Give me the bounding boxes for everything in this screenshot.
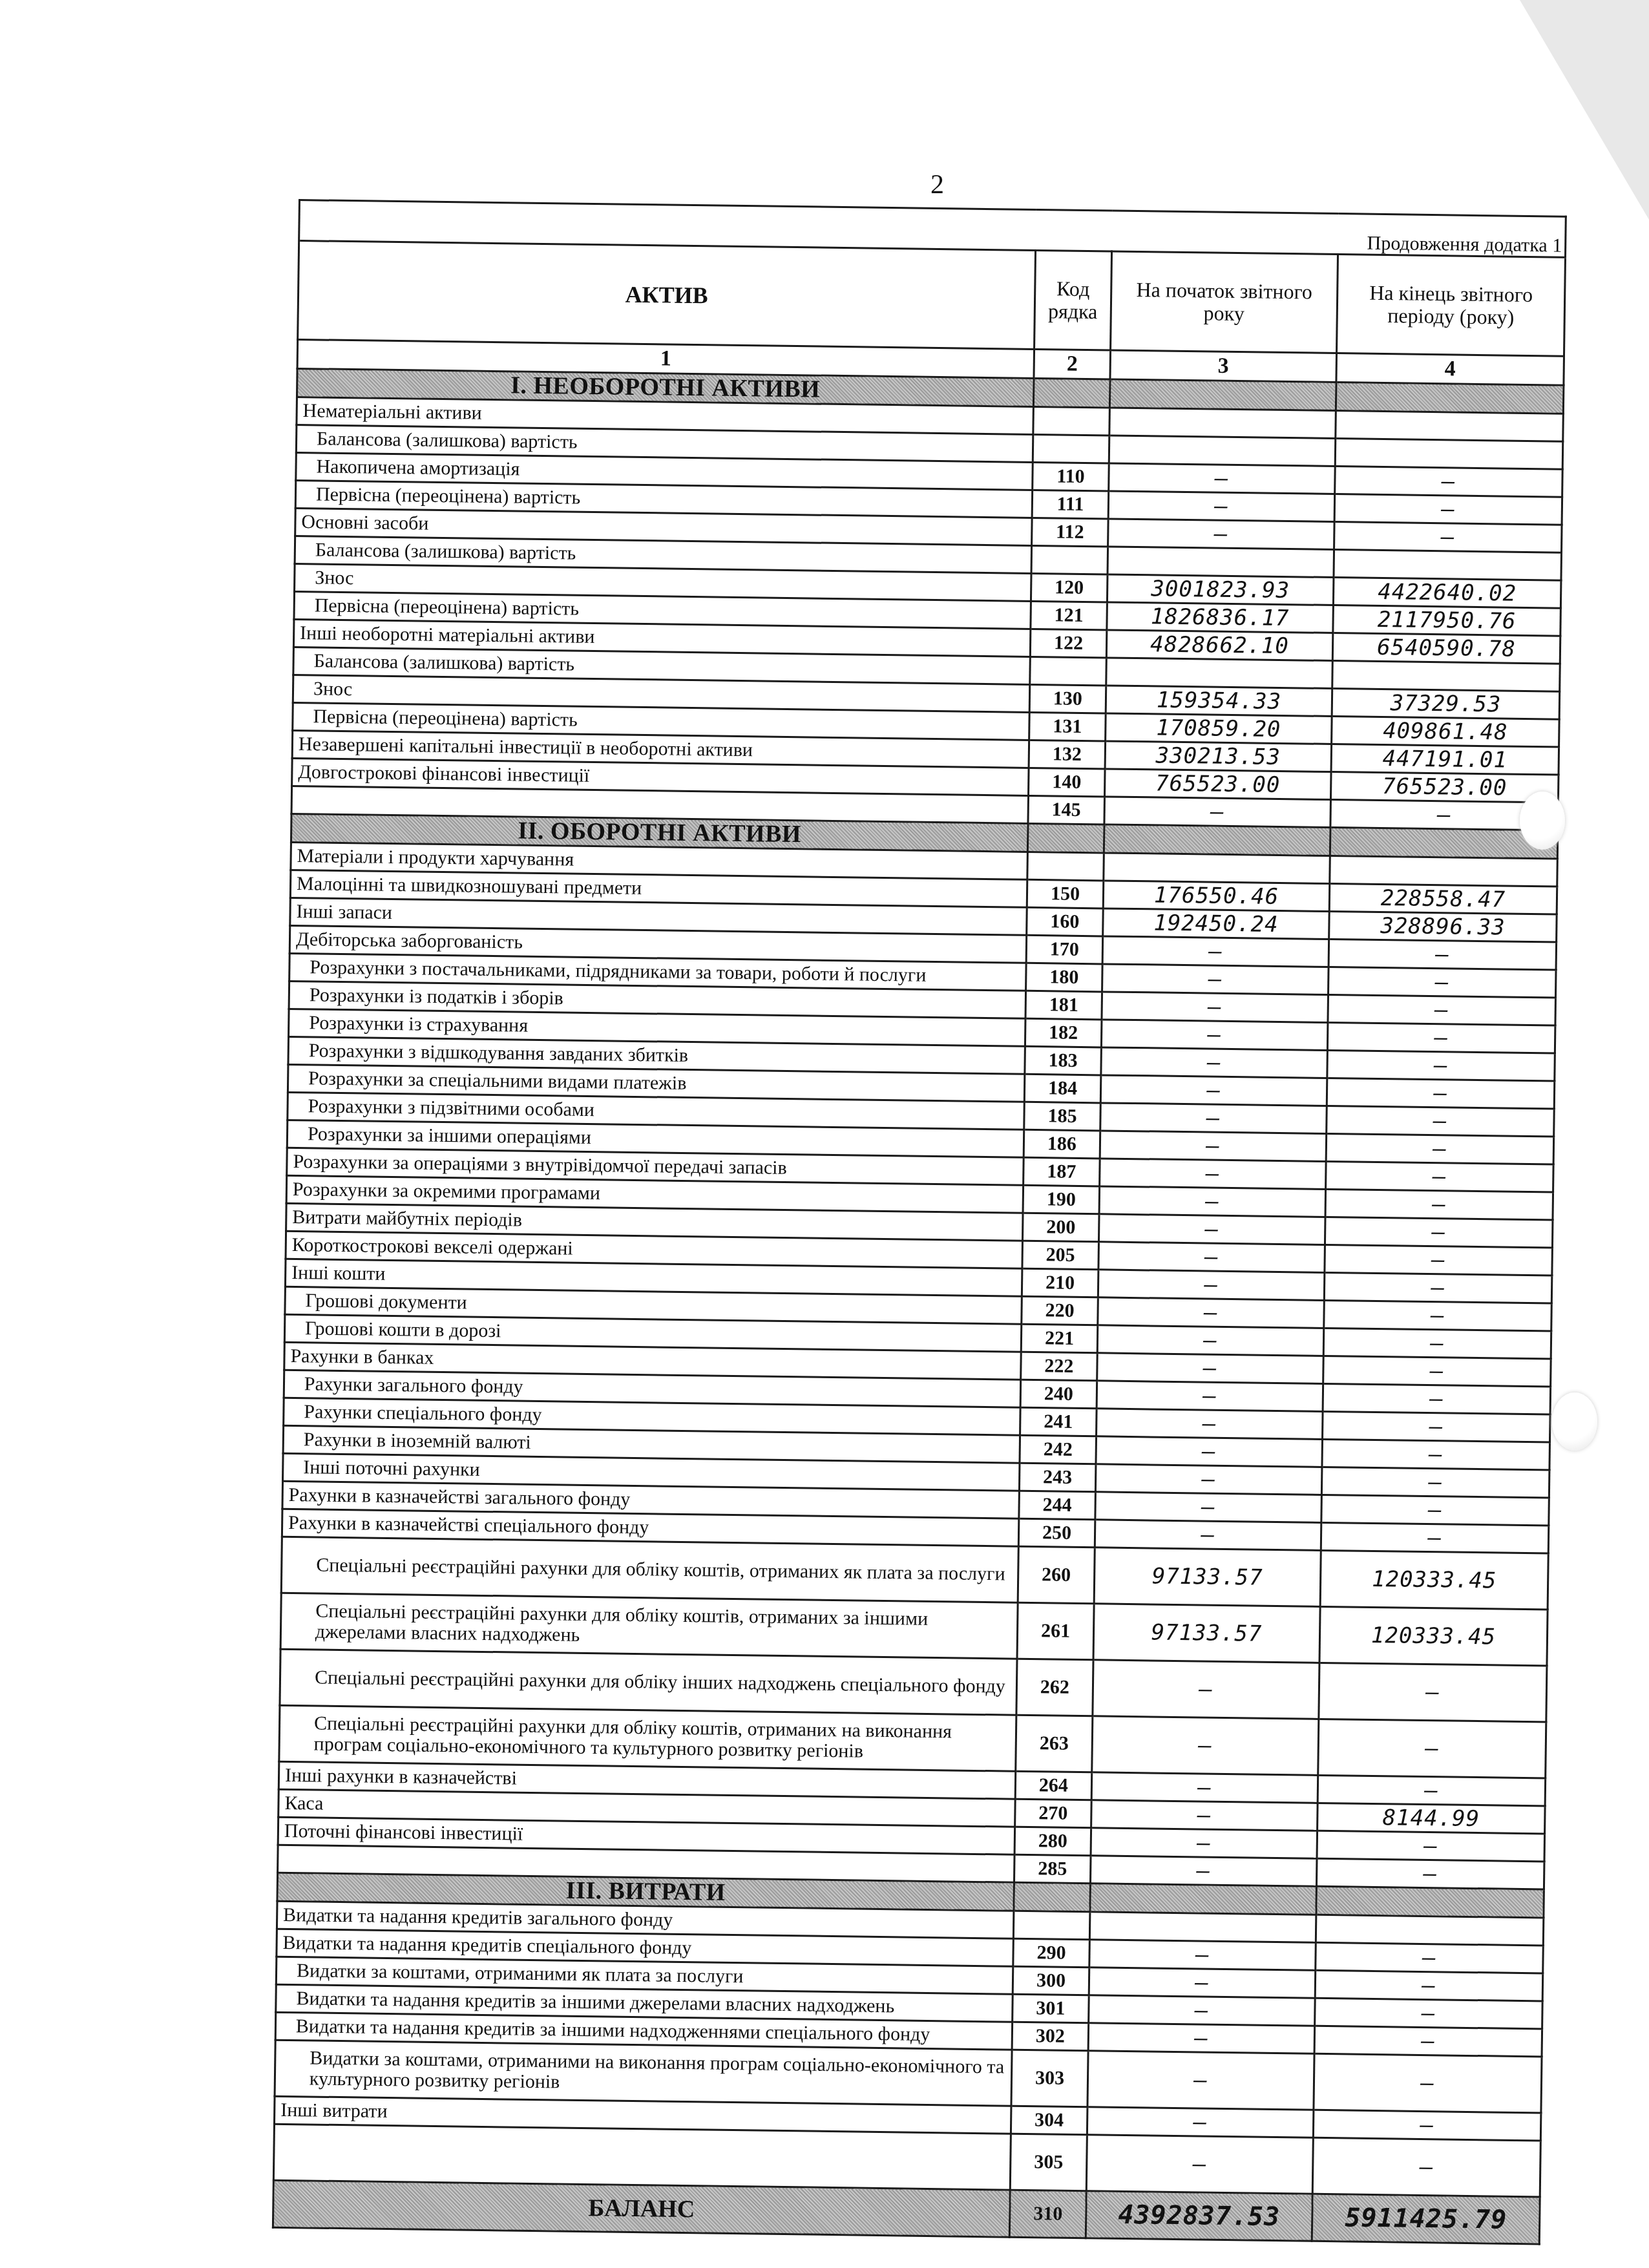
end-of-period-value (1334, 550, 1562, 581)
row-code: 222 (1021, 1352, 1098, 1381)
row-code: 184 (1024, 1074, 1101, 1103)
end-of-period-value: — (1326, 1162, 1554, 1193)
end-of-period-value: — (1313, 2110, 1541, 2141)
row-code: 285 (1014, 1854, 1091, 1884)
row-code: 145 (1028, 795, 1105, 824)
start-of-year-value: — (1093, 1660, 1319, 1719)
row-code: 120 (1031, 573, 1108, 602)
start-of-year-value: — (1091, 1800, 1318, 1831)
start-of-year-value: — (1095, 1464, 1322, 1495)
balance-sheet: Продовження додатка 1 АКТИВ Код рядка На… (272, 199, 1565, 2245)
end-of-period-value: 447191.01 (1331, 744, 1559, 775)
table-body: I. НЕОБОРОТНІ АКТИВИНематеріальні активи… (273, 368, 1564, 2197)
end-of-period-value: — (1327, 1051, 1555, 1082)
start-of-year-value: — (1104, 797, 1331, 828)
end-of-period-value (1332, 661, 1560, 692)
end-of-period-value: — (1321, 1522, 1549, 1553)
section-shaded-cell (1316, 1886, 1544, 1918)
start-of-year-value: 97133.57 (1093, 1604, 1320, 1663)
end-of-period-value: — (1325, 1190, 1553, 1221)
end-of-period-value (1330, 856, 1558, 887)
end-of-period-value: — (1323, 1328, 1551, 1359)
end-of-period-value: 409861.48 (1332, 717, 1560, 748)
row-code: 290 (1013, 1938, 1090, 1968)
end-of-period-value: — (1315, 1998, 1543, 2029)
row-code: 160 (1027, 907, 1104, 936)
row-code: 305 (1010, 2134, 1087, 2191)
row-code: 132 (1029, 740, 1106, 769)
start-of-year-value: — (1098, 1242, 1325, 1273)
end-of-period-value: — (1321, 1467, 1549, 1498)
end-of-period-value: 2117950.76 (1333, 605, 1561, 636)
start-of-year-value: — (1089, 1940, 1316, 1971)
end-of-period-value: 120333.45 (1319, 1606, 1548, 1666)
row-code: 243 (1019, 1463, 1096, 1492)
row-code: 190 (1023, 1185, 1100, 1214)
start-of-year-value: — (1109, 463, 1336, 494)
row-code (1033, 434, 1109, 463)
row-code: 304 (1011, 2106, 1087, 2135)
start-of-year-value: — (1086, 2135, 1313, 2194)
row-code: 140 (1029, 768, 1106, 797)
end-of-period-value: — (1324, 1272, 1552, 1303)
start-of-year-value: 3001823.93 (1107, 574, 1334, 605)
end-of-period-value: — (1319, 1663, 1547, 1722)
end-of-period-value: 765523.00 (1330, 772, 1559, 803)
start-of-year-value: — (1100, 1159, 1327, 1190)
end-of-period-value: — (1327, 1078, 1555, 1109)
end-of-period-value: — (1334, 494, 1562, 525)
row-code: 205 (1022, 1241, 1099, 1270)
start-of-year-value: — (1090, 1856, 1317, 1887)
start-of-year-value: — (1095, 1520, 1321, 1551)
row-code: 170 (1026, 935, 1103, 964)
row-code: 121 (1031, 601, 1108, 630)
end-of-period-value: — (1318, 1775, 1546, 1806)
row-label: Спеціальні реєстраційні рахунки для облі… (280, 1593, 1018, 1659)
row-label: Спеціальні реєстраційні рахунки для облі… (281, 1537, 1018, 1602)
row-code: 150 (1027, 879, 1104, 908)
row-code: 186 (1024, 1129, 1100, 1159)
start-of-year-value: — (1108, 519, 1335, 550)
column-number-3: 3 (1110, 350, 1337, 383)
row-code: 220 (1022, 1296, 1098, 1325)
start-of-year-value (1104, 853, 1330, 884)
row-code: 300 (1013, 1966, 1089, 1995)
end-of-period-value: — (1324, 1300, 1552, 1331)
start-of-year-value: — (1087, 2107, 1314, 2138)
row-code: 185 (1024, 1102, 1101, 1131)
row-code: 210 (1022, 1268, 1098, 1297)
balance-code: 310 (1009, 2190, 1086, 2238)
end-of-period-value: 228558.47 (1329, 884, 1557, 915)
end-of-period-value: — (1329, 940, 1557, 971)
start-of-year-value: — (1089, 1968, 1316, 1999)
row-code: 131 (1029, 712, 1106, 741)
row-code: 182 (1025, 1018, 1102, 1047)
start-of-year-value: 176550.46 (1103, 881, 1330, 912)
start-of-year-value: — (1098, 1297, 1325, 1328)
end-of-period-value (1335, 439, 1563, 470)
row-code: 244 (1019, 1491, 1096, 1520)
end-of-period-value: — (1334, 522, 1562, 553)
section-shaded-cell (1027, 823, 1104, 853)
end-of-period-value: — (1316, 1858, 1544, 1889)
end-of-period-value: — (1312, 2137, 1540, 2197)
section-shaded-cell (1014, 1882, 1091, 1912)
start-of-year-value: — (1101, 1020, 1328, 1051)
header-asset: АКТИВ (298, 241, 1036, 350)
header-row-code: Код рядка (1035, 250, 1112, 350)
end-of-period-value: — (1328, 995, 1556, 1026)
start-of-year-value: — (1092, 1716, 1319, 1776)
page-corner-fold (1520, 0, 1649, 220)
row-code: 264 (1015, 1771, 1092, 1800)
start-of-year-value: — (1098, 1270, 1325, 1301)
header-end-of-period: На кінець звітного періоду (року) (1337, 255, 1566, 357)
row-code: 263 (1016, 1715, 1093, 1772)
end-of-period-value: 328896.33 (1329, 912, 1557, 943)
end-of-period-value: — (1325, 1217, 1553, 1248)
row-code: 260 (1018, 1546, 1095, 1604)
start-of-year-value: — (1095, 1492, 1322, 1523)
row-code: 241 (1020, 1407, 1097, 1436)
column-number-4: 4 (1336, 353, 1564, 386)
balance-end-value: 5911425.79 (1312, 2194, 1540, 2244)
row-code: 242 (1020, 1435, 1097, 1464)
end-of-period-value: — (1318, 1719, 1546, 1778)
end-of-period-value: 120333.45 (1320, 1550, 1548, 1610)
start-of-year-value: — (1097, 1381, 1323, 1412)
row-code (1030, 656, 1107, 686)
section-shaded-cell (1104, 824, 1330, 856)
start-of-year-value: 765523.00 (1104, 769, 1331, 800)
end-of-period-value (1316, 1915, 1544, 1946)
end-of-period-value: 8144.99 (1318, 1803, 1546, 1834)
start-of-year-value: — (1098, 1214, 1325, 1245)
page-number: 2 (930, 169, 944, 200)
start-of-year-value: — (1087, 2051, 1314, 2110)
start-of-year-value: — (1101, 1047, 1328, 1078)
row-code (1013, 1911, 1090, 1940)
start-of-year-value: — (1088, 2023, 1315, 2054)
column-number-2: 2 (1034, 349, 1111, 379)
row-code (1031, 545, 1108, 574)
row-code: 110 (1033, 462, 1109, 491)
end-of-period-value: 4422640.02 (1333, 578, 1561, 609)
start-of-year-value: 97133.57 (1094, 1548, 1321, 1607)
start-of-year-value (1106, 658, 1333, 689)
row-code: 301 (1013, 1994, 1089, 2023)
end-of-period-value: — (1325, 1244, 1553, 1276)
start-of-year-value: 159354.33 (1106, 686, 1332, 717)
end-of-period-value: 6540590.78 (1332, 633, 1560, 664)
start-of-year-value (1089, 1912, 1316, 1943)
row-code: 187 (1024, 1157, 1100, 1186)
start-of-year-value: 170859.20 (1106, 713, 1332, 744)
end-of-period-value: 37329.53 (1332, 689, 1560, 720)
end-of-period-value: — (1323, 1411, 1551, 1442)
section-shaded-cell (1033, 378, 1110, 408)
assets-table: Продовження додатка 1 АКТИВ Код рядка На… (272, 199, 1567, 2245)
row-label: Спеціальні реєстраційні рахунки для облі… (280, 1649, 1017, 1715)
start-of-year-value: — (1108, 491, 1335, 522)
start-of-year-value: — (1089, 1995, 1316, 2026)
section-shaded-cell (1336, 383, 1564, 414)
end-of-period-value: — (1321, 1495, 1549, 1526)
balance-title: БАЛАНС (273, 2180, 1010, 2237)
end-of-period-value: — (1335, 467, 1563, 498)
start-of-year-value: — (1100, 1131, 1327, 1162)
end-of-period-value: — (1315, 1970, 1543, 2001)
row-code: 250 (1018, 1518, 1095, 1548)
start-of-year-value: 4828662.10 (1106, 630, 1333, 661)
row-code (1027, 852, 1104, 881)
start-of-year-value (1109, 408, 1336, 439)
punch-hole-top (1520, 792, 1565, 850)
section-shaded-cell (1090, 1884, 1317, 1915)
start-of-year-value: — (1091, 1828, 1318, 1859)
row-code: 280 (1014, 1827, 1091, 1856)
end-of-period-value: — (1316, 1942, 1544, 1973)
punch-hole-bottom (1552, 1392, 1597, 1451)
balance-start-value: 4392837.53 (1086, 2191, 1312, 2242)
start-of-year-value (1109, 436, 1336, 467)
row-code: 122 (1030, 629, 1107, 658)
end-of-period-value: — (1327, 1023, 1555, 1054)
row-code: 200 (1022, 1213, 1099, 1242)
end-of-period-value: — (1317, 1831, 1545, 1862)
end-of-period-value: — (1314, 2053, 1542, 2113)
row-code: 240 (1020, 1380, 1097, 1409)
end-of-period-value: — (1323, 1356, 1551, 1387)
section-shaded-cell (1109, 379, 1336, 411)
end-of-period-value: — (1327, 1106, 1555, 1137)
start-of-year-value: — (1100, 1075, 1327, 1106)
row-code: 183 (1025, 1046, 1102, 1075)
row-code (1033, 406, 1110, 436)
row-code: 111 (1032, 490, 1109, 519)
start-of-year-value: 192450.24 (1103, 908, 1330, 940)
row-label: Спеціальні реєстраційні рахунки для облі… (279, 1705, 1016, 1771)
row-code: 112 (1032, 518, 1109, 547)
start-of-year-value: — (1097, 1409, 1323, 1440)
row-label (273, 2124, 1011, 2190)
row-label: Видатки за коштами, отриманими на викона… (275, 2040, 1012, 2106)
row-code: 303 (1011, 2050, 1088, 2107)
end-of-period-value: — (1329, 967, 1557, 998)
start-of-year-value: — (1091, 1772, 1318, 1803)
start-of-year-value: — (1097, 1353, 1324, 1384)
start-of-year-value: — (1102, 964, 1329, 995)
start-of-year-value: — (1102, 936, 1329, 967)
row-code: 181 (1025, 991, 1102, 1020)
start-of-year-value: 1826836.17 (1107, 602, 1334, 633)
start-of-year-value (1108, 547, 1334, 578)
start-of-year-value: — (1097, 1325, 1324, 1356)
end-of-period-value: — (1314, 2026, 1542, 2057)
row-code: 302 (1012, 2022, 1089, 2051)
start-of-year-value: 330213.53 (1105, 741, 1332, 772)
row-code: 221 (1021, 1324, 1098, 1353)
row-code: 130 (1029, 684, 1106, 713)
start-of-year-value: — (1102, 992, 1329, 1023)
start-of-year-value: — (1099, 1186, 1326, 1217)
start-of-year-value: — (1096, 1436, 1323, 1467)
end-of-period-value: — (1322, 1439, 1550, 1470)
end-of-period-value (1336, 411, 1564, 442)
end-of-period-value: — (1323, 1383, 1551, 1414)
header-start-of-year: На початок звітного року (1111, 251, 1338, 353)
row-code: 180 (1026, 963, 1103, 992)
row-code: 262 (1016, 1659, 1093, 1716)
start-of-year-value: — (1100, 1103, 1327, 1134)
end-of-period-value: — (1326, 1134, 1554, 1165)
row-code: 261 (1017, 1602, 1094, 1660)
row-code: 270 (1015, 1799, 1092, 1828)
